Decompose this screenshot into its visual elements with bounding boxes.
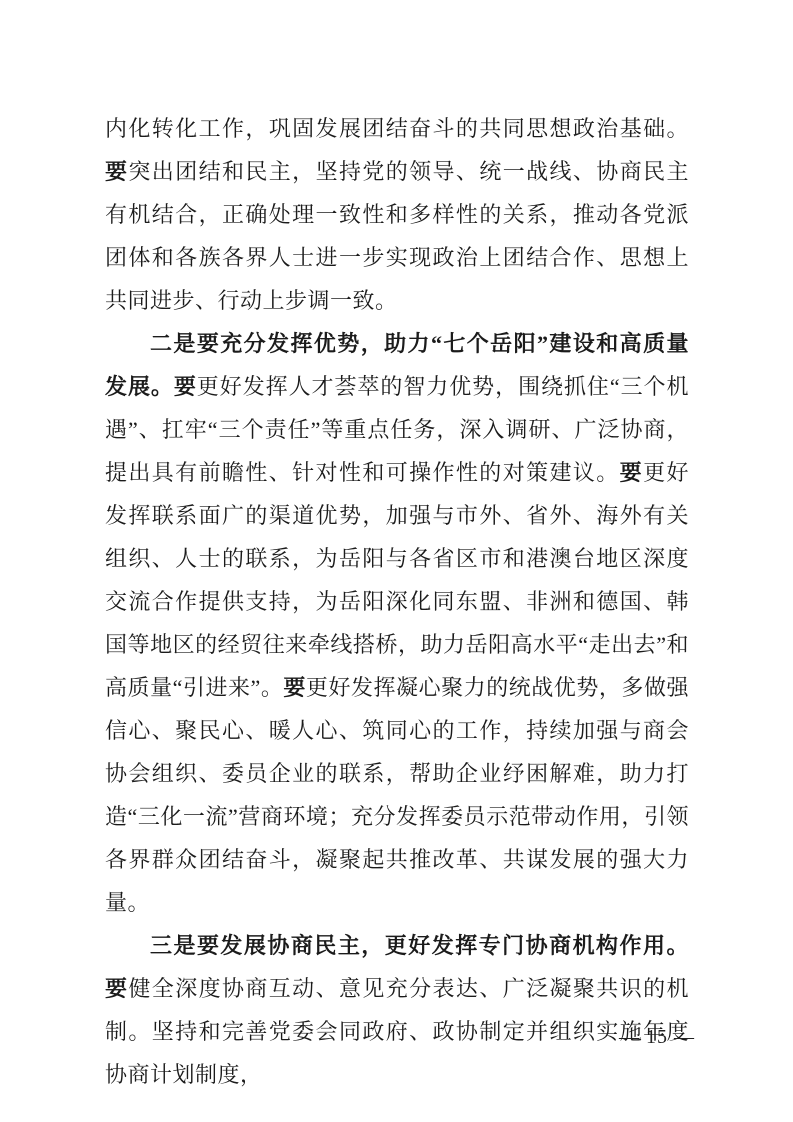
- bold-text-segment: 要: [105, 159, 128, 184]
- document-page: 内化转化工作，巩固发展团结奋斗的共同思想政治基础。要突出团结和民主，坚持党的领导…: [0, 0, 793, 1122]
- page-number: — 15 —: [565, 1024, 695, 1050]
- document-body: 内化转化工作，巩固发展团结奋斗的共同思想政治基础。要突出团结和民主，坚持党的领导…: [105, 107, 689, 1096]
- paragraph: 三是要发展协商民主，更好发挥专门协商机构作用。要健全深度协商互动、意见充分表达、…: [105, 924, 689, 1096]
- paragraph: 内化转化工作，巩固发展团结奋斗的共同思想政治基础。要突出团结和民主，坚持党的领导…: [105, 107, 689, 322]
- text-segment: 突出团结和民主，坚持党的领导、统一战线、协商民主有机结合，正确处理一致性和多样性…: [105, 159, 689, 313]
- paragraph: 二是要充分发挥优势，助力“七个岳阳”建设和高质量发展。要更好发挥人才荟萃的智力优…: [105, 322, 689, 924]
- text-segment: 更好发挥联系面广的渠道优势，加强与市外、省外、海外有关组织、人士的联系，为岳阳与…: [105, 460, 689, 700]
- bold-text-segment: 要: [174, 374, 197, 399]
- bold-text-segment: 三是要发展协商民主，更好发挥专门协商机构作用。: [150, 933, 689, 958]
- text-segment: 内化转化工作，巩固发展团结奋斗的共同思想政治基础。: [105, 116, 689, 141]
- text-segment: 更好发挥凝心聚力的统战优势，多做强信心、聚民心、暖人心、筑同心的工作，持续加强与…: [105, 675, 689, 915]
- bold-text-segment: 要: [283, 675, 306, 700]
- bold-text-segment: 要: [620, 460, 643, 485]
- bold-text-segment: 要: [105, 976, 128, 1001]
